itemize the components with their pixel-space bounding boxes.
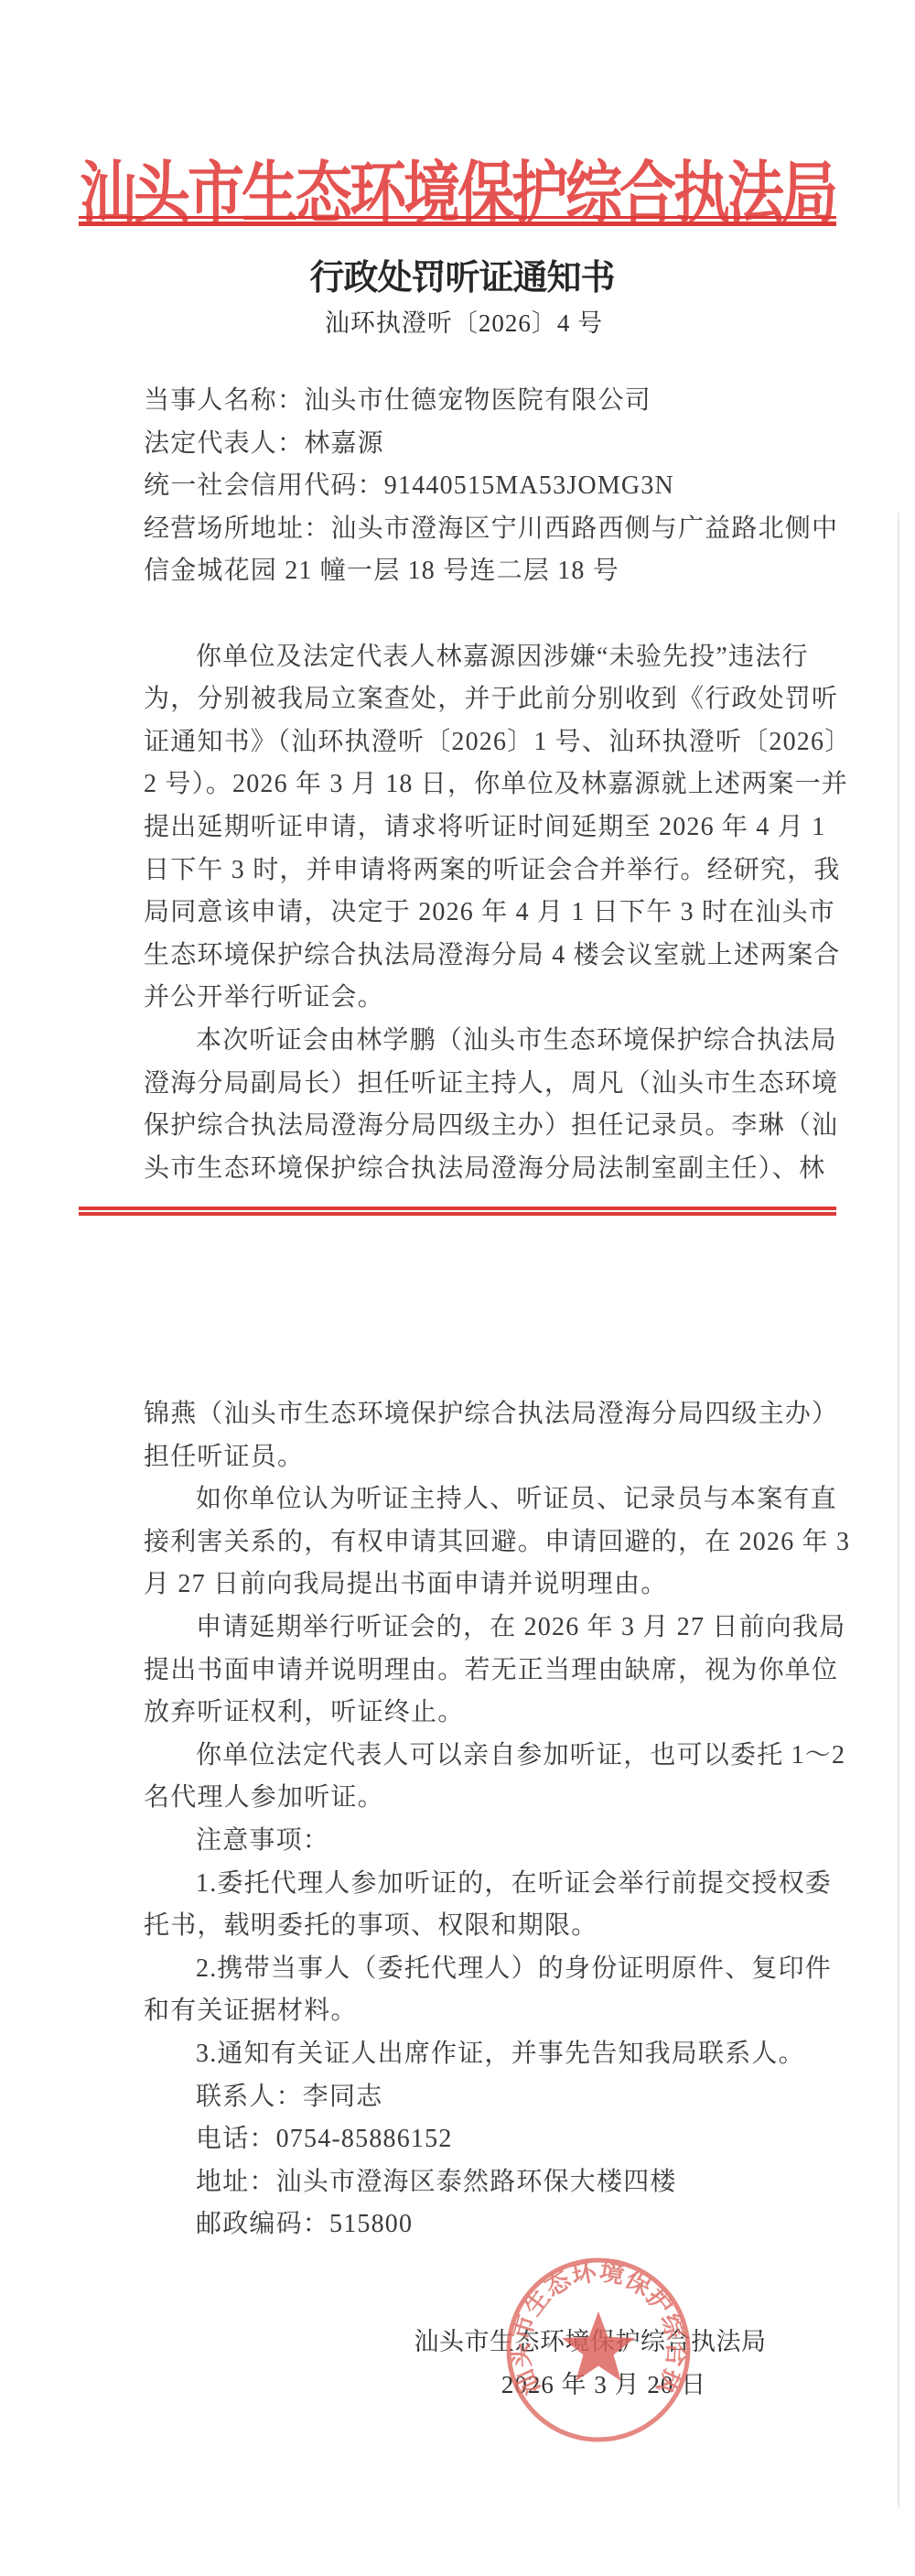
text-line: 1.委托代理人参加听证的，在听证会举行前提交授权委 (144, 1863, 784, 1906)
text-line: 保护综合执法局澄海分局四级主办）担任记录员。李琳（汕 (144, 1105, 784, 1148)
text-line (144, 593, 784, 636)
text-line: 电话：0754-85886152 (144, 2118, 784, 2161)
official-seal-stamp: 汕头市生态环境保护综合执法局 (502, 2254, 694, 2446)
page1-footer-rule-bottom (79, 1212, 836, 1216)
text-line: 为，分别被我局立案查处，并于此前分别收到《行政处罚听 (144, 678, 784, 721)
text-line: 申请延期举行听证会的，在 2026 年 3 月 27 日前向我局 (144, 1607, 784, 1650)
text-line: 信金城花园 21 幢一层 18 号连二层 18 号 (144, 550, 784, 593)
text-line: 提出书面申请并说明理由。若无正当理由缺席，视为你单位 (144, 1650, 784, 1693)
text-line: 经营场所地址：汕头市澄海区宁川西路西侧与广益路北侧中 (144, 508, 784, 551)
text-line: 提出延期听证申请，请求将听证时间延期至 2026 年 4 月 1 (144, 806, 784, 850)
body-page1: 当事人名称：汕头市仕德宠物医院有限公司法定代表人：林嘉源统一社会信用代码：914… (144, 380, 784, 1190)
text-line: 证通知书》（汕环执澄听〔2026〕1 号、汕环执澄听〔2026〕 (144, 721, 784, 764)
text-line: 托书，载明委托的事项、权限和期限。 (144, 1905, 784, 1948)
text-line: 局同意该申请，决定于 2026 年 4 月 1 日下午 3 时在汕头市 (144, 892, 784, 935)
text-line: 邮政编码：515800 (144, 2203, 784, 2246)
text-line: 并公开举行听证会。 (144, 977, 784, 1020)
text-line: 和有关证据材料。 (144, 1990, 784, 2033)
text-line: 放弃听证权利，听证终止。 (144, 1692, 784, 1735)
scan-edge-artifact (898, 513, 899, 2508)
body-page2: 锦燕（汕头市生态环境保护综合执法局澄海分局四级主办）担任听证员。如你单位认为听证… (144, 1393, 784, 2246)
text-line: 接利害关系的，有权申请其回避。申请回避的，在 2026 年 3 (144, 1521, 784, 1564)
page1-footer-rule-top (79, 1207, 836, 1210)
document-number: 汕环执澄听〔2026〕4 号 (0, 303, 915, 339)
seal-star-icon (562, 2311, 635, 2381)
text-line: 2 号）。2026 年 3 月 18 日，你单位及林嘉源就上述两案一并 (144, 763, 784, 806)
text-line: 名代理人参加听证。 (144, 1777, 784, 1820)
text-line: 2.携带当事人（委托代理人）的身份证明原件、复印件 (144, 1948, 784, 1991)
text-line: 月 27 日前向我局提出书面申请并说明理由。 (144, 1564, 784, 1607)
text-line: 生态环境保护综合执法局澄海分局 4 楼会议室就上述两案合 (144, 935, 784, 978)
text-line: 日下午 3 时，并申请将两案的听证会合并举行。经研究，我 (144, 850, 784, 893)
text-line: 锦燕（汕头市生态环境保护综合执法局澄海分局四级主办） (144, 1393, 784, 1436)
letterhead-rule-bottom (79, 222, 836, 226)
scanned-document-page: 汕头市生态环境保护综合执法局 行政处罚听证通知书 汕环执澄听〔2026〕4 号 … (0, 0, 915, 2576)
text-line: 本次听证会由林学鹏（汕头市生态环境保护综合执法局 (144, 1020, 784, 1063)
text-line: 注意事项： (144, 1820, 784, 1863)
text-line: 担任听证员。 (144, 1436, 784, 1479)
text-line: 法定代表人：林嘉源 (144, 423, 784, 466)
text-line: 当事人名称：汕头市仕德宠物医院有限公司 (144, 380, 784, 423)
text-line: 你单位及法定代表人林嘉源因涉嫌“未验先投”违法行 (144, 636, 784, 679)
document-title: 行政处罚听证通知书 (0, 249, 915, 299)
letterhead-rule-top (79, 216, 836, 219)
text-line: 澄海分局副局长）担任听证主持人，周凡（汕头市生态环境 (144, 1063, 784, 1106)
text-line: 统一社会信用代码：91440515MA53JOMG3N (144, 465, 784, 508)
text-line: 如你单位认为听证主持人、听证员、记录员与本案有直 (144, 1478, 784, 1521)
text-line: 地址：汕头市澄海区泰然路环保大楼四楼 (144, 2161, 784, 2204)
text-line: 你单位法定代表人可以亲自参加听证，也可以委托 1～2 (144, 1735, 784, 1778)
text-line: 联系人：李同志 (144, 2076, 784, 2119)
text-line: 头市生态环境保护综合执法局澄海分局法制室副主任）、林 (144, 1148, 784, 1191)
text-line: 3.通知有关证人出席作证，并事先告知我局联系人。 (144, 2033, 784, 2076)
